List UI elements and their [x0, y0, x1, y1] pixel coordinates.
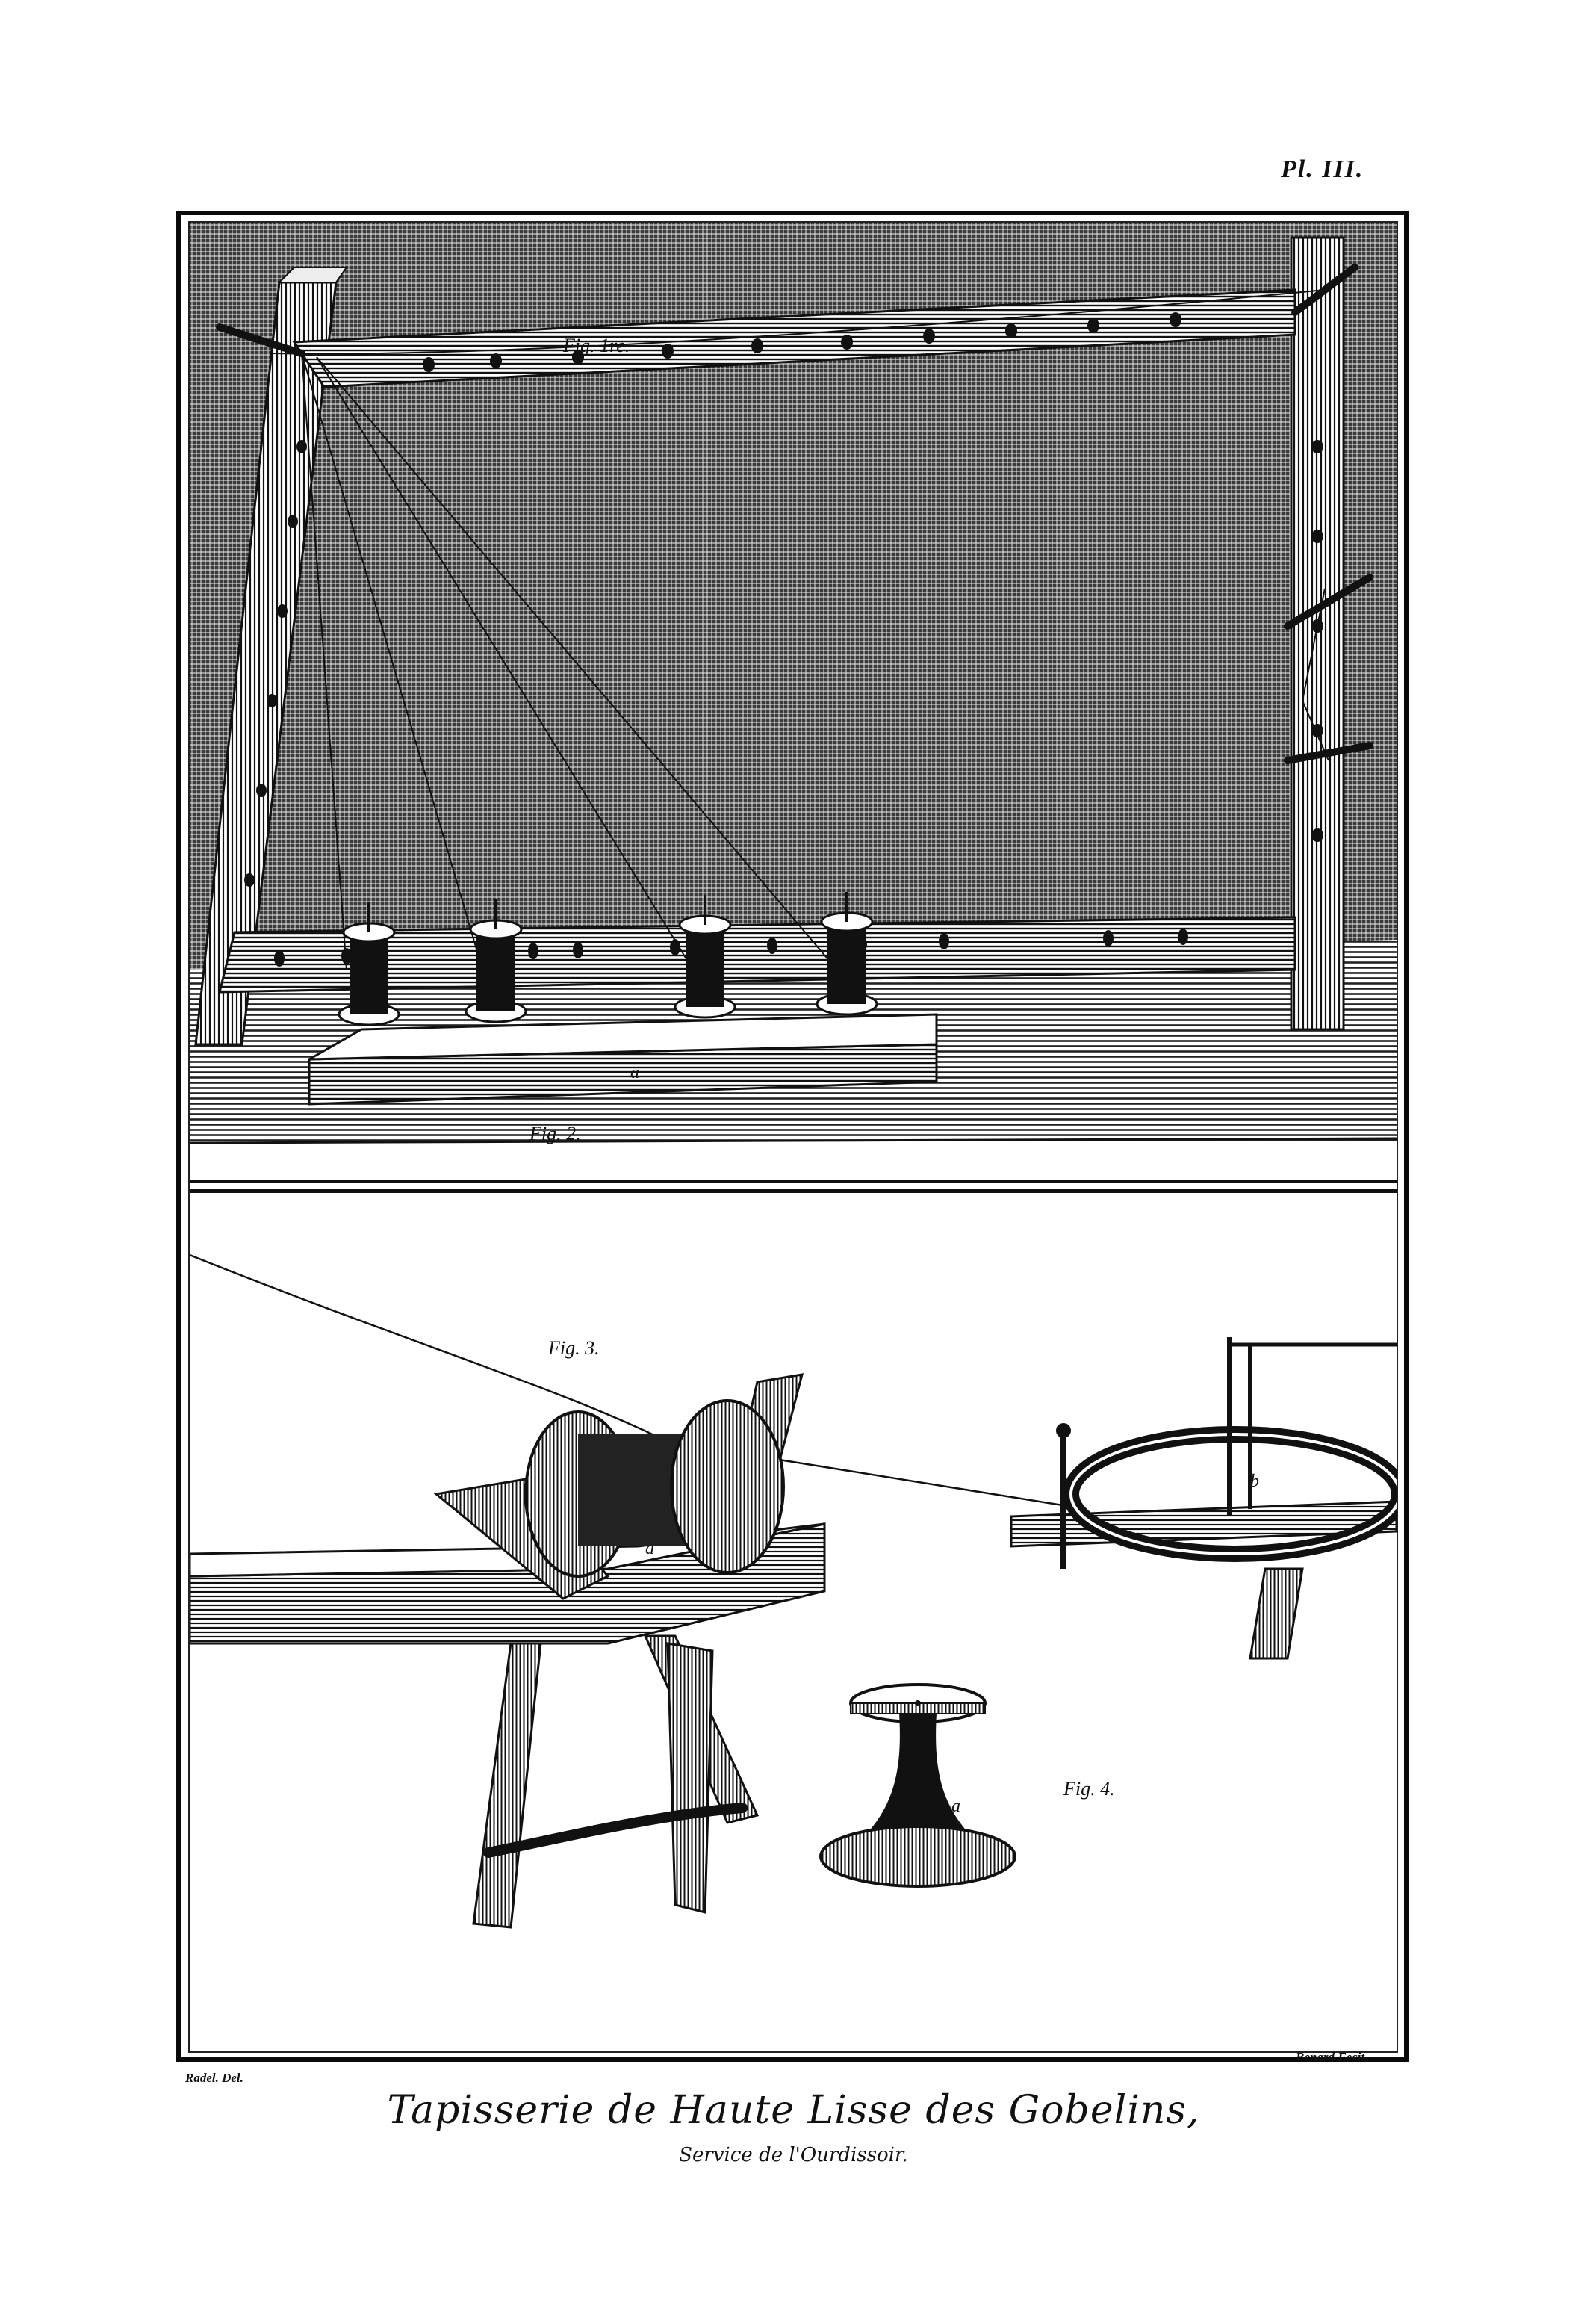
letter-a-bench: a: [645, 1539, 654, 1559]
letter-a-rack: a: [630, 1063, 639, 1083]
fig-3-label: Fig. 3.: [548, 1337, 600, 1360]
plate-title: Tapisserie de Haute Lisse des Gobelins,: [0, 2088, 1587, 2133]
winding-bench-engraving: [190, 1195, 1397, 2051]
credit-engraver: Benard Fecit.: [1296, 2050, 1367, 2065]
fig-1-label: Fig. 1re.: [563, 335, 630, 357]
fig-4-label: Fig. 4.: [1063, 1778, 1115, 1800]
fig-2-label: Fig. 2.: [529, 1123, 581, 1145]
credit-draftsman: Radel. Del.: [185, 2071, 243, 2086]
top-panel-illustration: Fig. 1re. Fig. 2. a: [190, 223, 1397, 1179]
panel-divider: [190, 1180, 1397, 1194]
bottom-panel-illustration: Fig. 3. Fig. 4. a b a: [190, 1195, 1397, 2051]
warping-frame-engraving: [190, 223, 1397, 1179]
letter-a-stand: a: [951, 1797, 960, 1817]
letter-b-swift: b: [1250, 1472, 1259, 1492]
plate-number: Pl. III.: [1281, 155, 1364, 184]
plate-subtitle: Service de l'Ourdissoir.: [0, 2144, 1587, 2166]
